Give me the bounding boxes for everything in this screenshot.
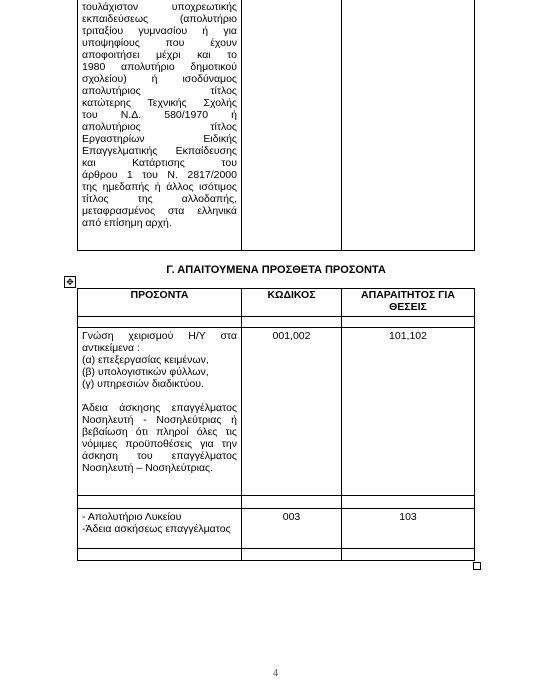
section-heading: Γ. ΑΠΑΙΤΟΥΜΕΝΑ ΠΡΟΣΘΕΤΑ ΠΡΟΣΟΝΤΑ — [77, 264, 475, 276]
qualification-text: από επίσημη αρχή. — [82, 217, 237, 229]
qualification-text: Εργαστηρίων Ειδικής — [82, 133, 237, 145]
qualification-text: τίτλος της αλλοδαπής, — [82, 193, 237, 205]
move-arrows-icon[interactable]: ✥ — [64, 276, 76, 288]
qualification-text: αποφοιτήσει μέχρι και το — [82, 49, 237, 61]
qualification-text: εκπαιδεύσεως (απολυτήριο — [82, 13, 237, 25]
code-cell: 001,002 — [242, 328, 342, 496]
qualification-text: (γ) υπηρεσιών διαδικτύου. — [82, 378, 237, 390]
header-qualifications: ΠΡΟΣΟΝΤΑ — [78, 289, 242, 317]
qualification-text: (α) επεξεργασίας κειμένων, — [82, 354, 237, 366]
qualification-text: του Ν.Δ. 580/1970 ή — [82, 109, 237, 121]
code-cell — [242, 0, 342, 251]
qualification-text: Επαγγελματικής Εκπαίδευσης — [82, 145, 237, 157]
positions-cell: 103 — [342, 509, 475, 549]
qualification-text: κατώτερης Τεχνικής Σχολής — [82, 97, 237, 109]
qualification-cell: Γνώση χειρισμού Η/Υ στα αντικείμενα : (α… — [78, 328, 242, 496]
header-code: ΚΩΔΙΚΟΣ — [242, 289, 342, 317]
qualification-text: μεταφρασμένος στα ελληνικά — [82, 205, 237, 217]
empty-cell — [342, 317, 475, 328]
qualification-text: υποψηφίους που έχουν — [82, 37, 237, 49]
qualification-text: 1980 απολυτήριο δημοτικού — [82, 61, 237, 73]
qualification-text: -Άδεια ασκήσεως επαγγέλματος — [82, 523, 237, 535]
empty-cell — [78, 317, 242, 328]
qualification-text: Άδεια άσκησης επαγγέλματος Νοσηλευτή - Ν… — [82, 402, 237, 474]
qualification-text: - Απολυτήριο Λυκείου — [82, 511, 237, 523]
code-cell: 003 — [242, 509, 342, 549]
qualification-text: (β) υπολογιστικών φύλλων, — [82, 366, 237, 378]
empty-cell — [342, 496, 475, 509]
qualification-cell: τουλάχιστον υποχρεωτικήςεκπαιδεύσεως (απ… — [78, 0, 242, 251]
qualification-text: σχολείου) ή ισοδύναμος — [82, 73, 237, 85]
qualification-text: απολυτήριος τίτλος — [82, 121, 237, 133]
positions-cell — [342, 0, 475, 251]
empty-cell — [242, 317, 342, 328]
resize-square-icon[interactable] — [473, 562, 481, 570]
empty-cell — [78, 549, 242, 561]
empty-cell — [342, 549, 475, 561]
qualification-text: της ημεδαπής ή άλλος ισότιμος — [82, 181, 237, 193]
header-positions: ΑΠΑΡΑΙΤΗΤΟΣ ΓΙΑ ΘΕΣΕΙΣ — [342, 289, 475, 317]
table-row: - Απολυτήριο Λυκείου -Άδεια ασκήσεως επα… — [78, 509, 475, 549]
previous-qualifications-table: τουλάχιστον υποχρεωτικήςεκπαιδεύσεως (απ… — [77, 0, 475, 251]
qualification-text: απολυτήριος τίτλος — [82, 85, 237, 97]
empty-cell — [78, 496, 242, 509]
qualification-text: και Κατάρτισης του — [82, 157, 237, 169]
qualification-text: τριταξίου γυμνασίου ή για — [82, 25, 237, 37]
positions-cell: 101,102 — [342, 328, 475, 496]
table-row: Γνώση χειρισμού Η/Υ στα αντικείμενα : (α… — [78, 328, 475, 496]
page-number: 4 — [0, 668, 551, 679]
qualification-cell: - Απολυτήριο Λυκείου -Άδεια ασκήσεως επα… — [78, 509, 242, 549]
qualification-text: Γνώση χειρισμού Η/Υ στα αντικείμενα : — [82, 330, 237, 354]
qualification-text: τουλάχιστον υποχρεωτικής — [82, 1, 237, 13]
empty-cell — [242, 549, 342, 561]
additional-qualifications-table: ΠΡΟΣΟΝΤΑ ΚΩΔΙΚΟΣ ΑΠΑΡΑΙΤΗΤΟΣ ΓΙΑ ΘΕΣΕΙΣ … — [77, 288, 475, 561]
qualification-text: άρθρου 1 του Ν. 2817/2000 — [82, 169, 237, 181]
empty-cell — [242, 496, 342, 509]
